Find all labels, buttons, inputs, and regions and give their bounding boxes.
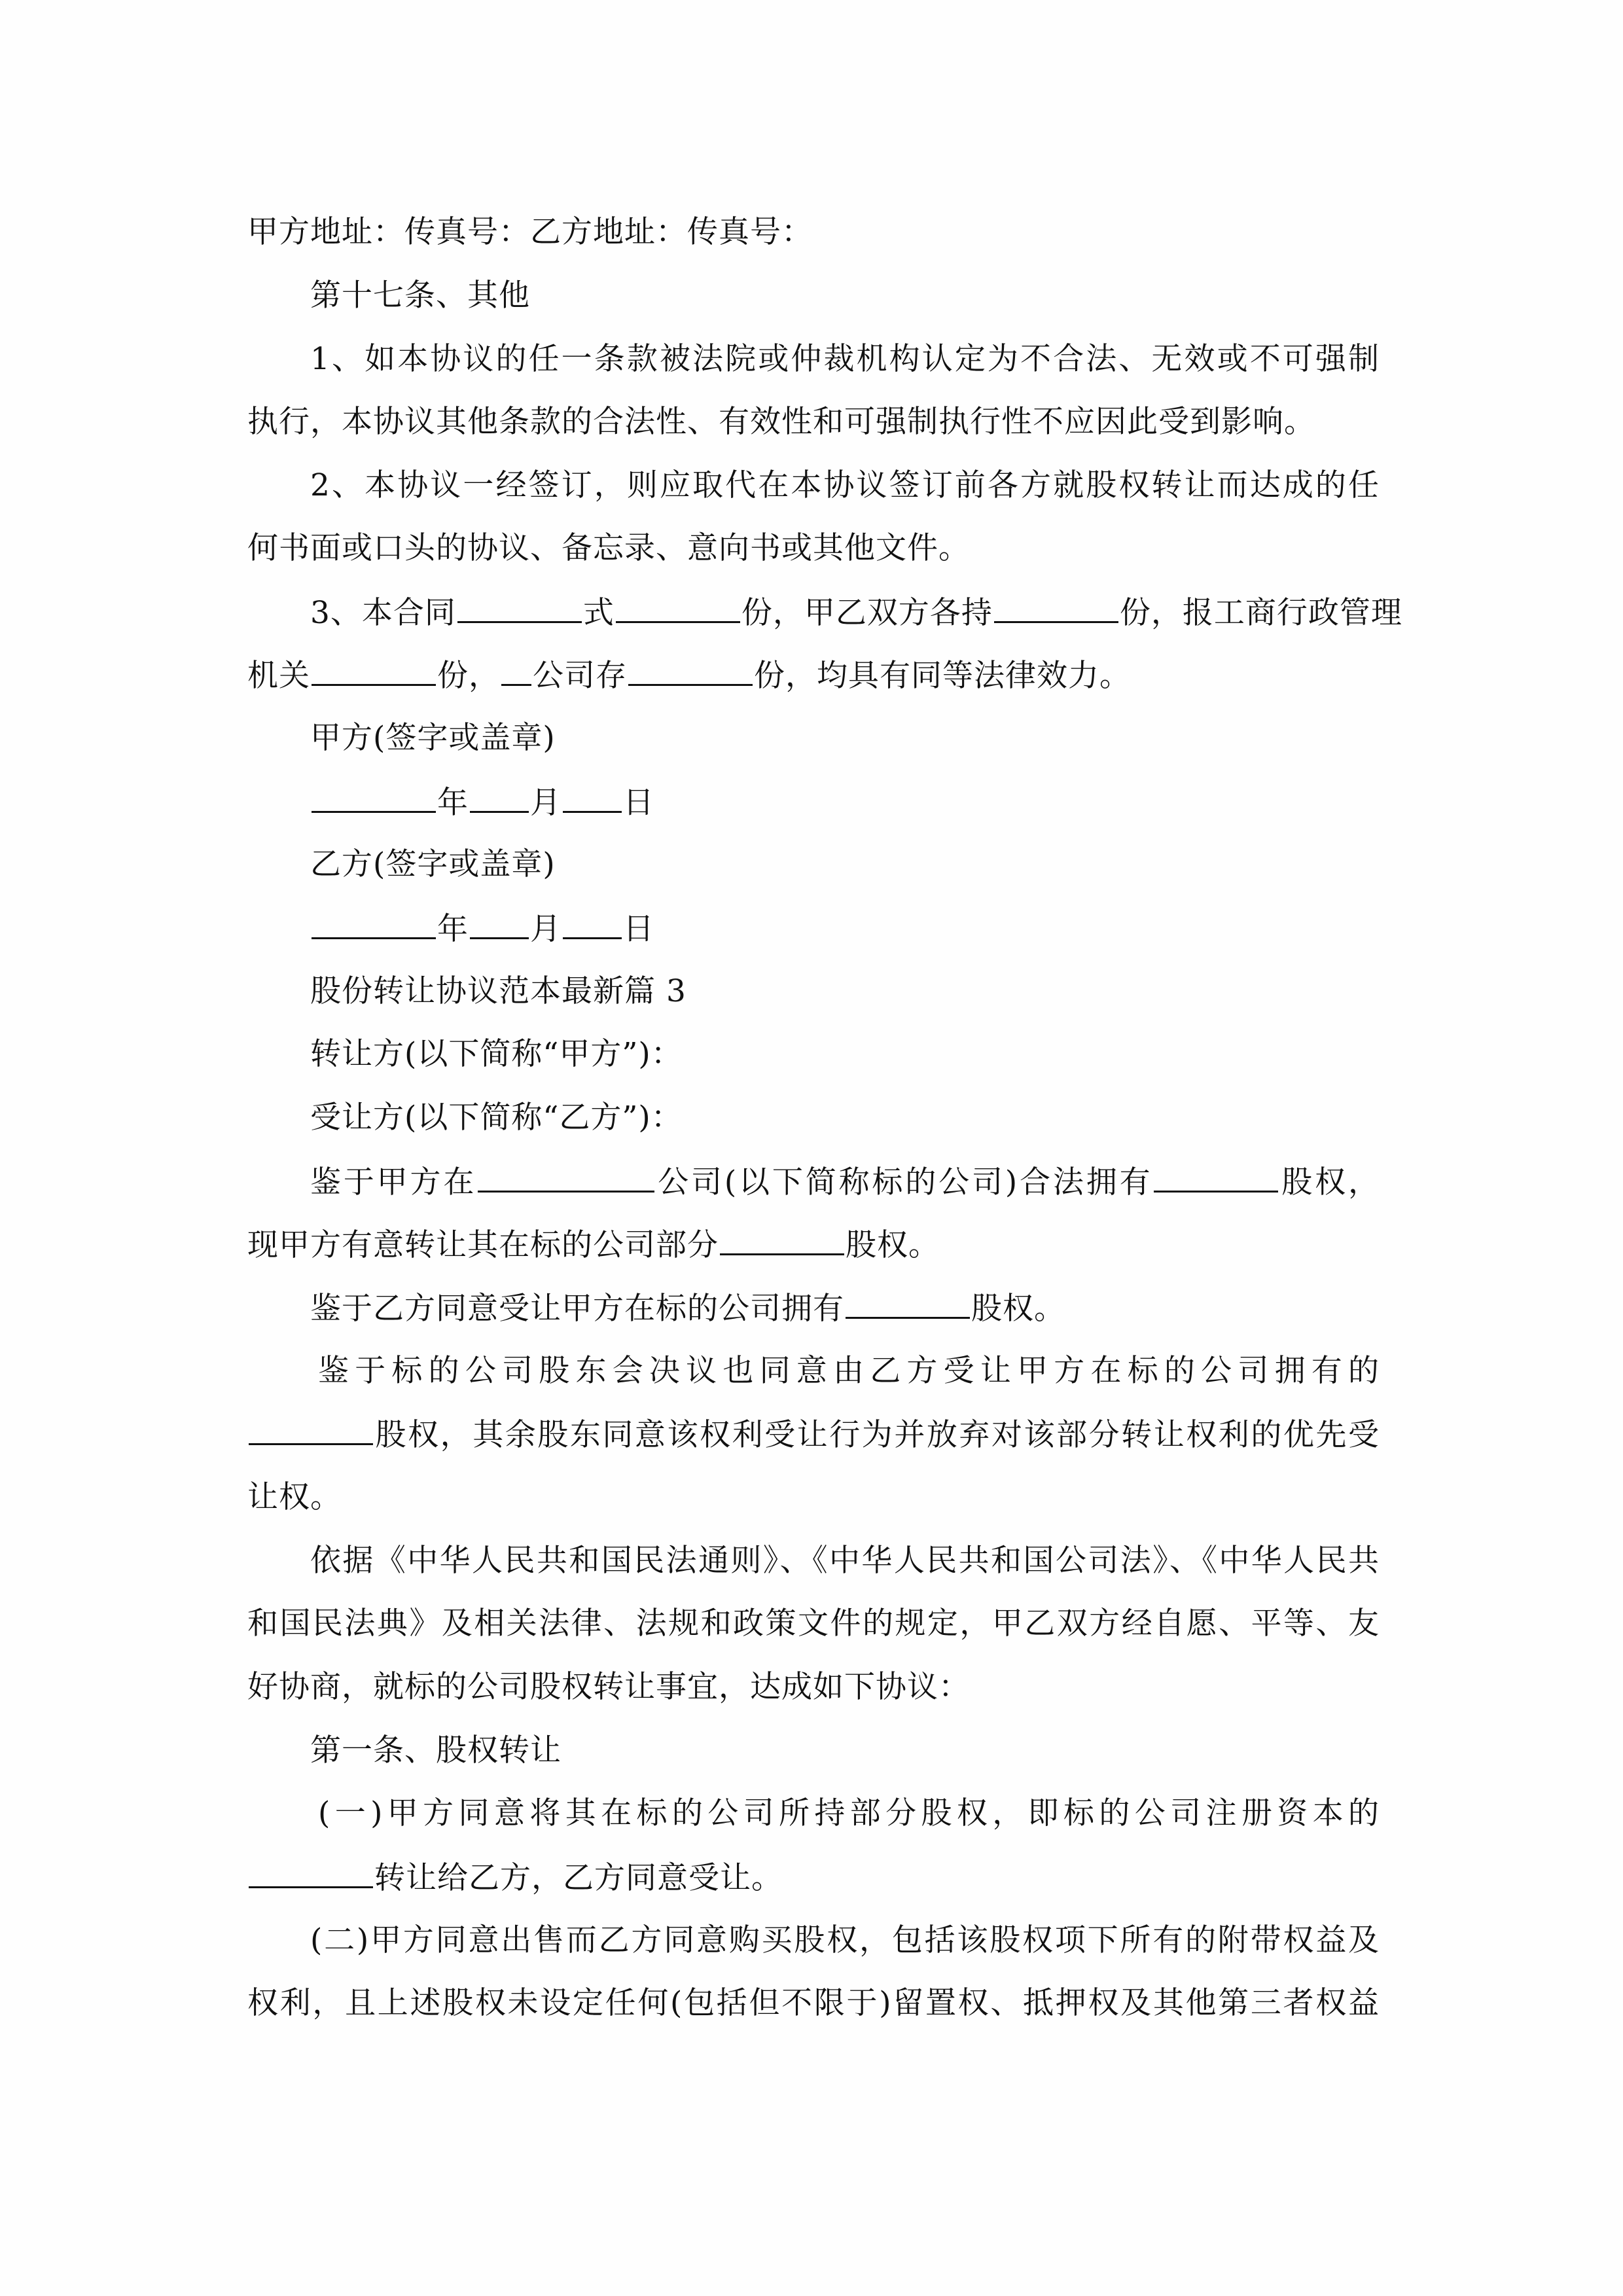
recital-seg: 公司(以下简称标的公司)合法拥有: [656, 1164, 1152, 1200]
article-1-item-2-line-1: (二)甲方同意出售而乙方同意购买股权，包括该股权项下所有的附带权益及: [310, 1921, 1380, 1960]
recital-1-line-2: 现甲方有意转让其在标的公司部分股权。: [247, 1225, 1380, 1264]
party-b-date-line: 年月日: [310, 908, 1380, 948]
company-name-blank[interactable]: [501, 655, 531, 686]
legal-basis-line-1: 依据《中华人民共和国民法通则》、《中华人民共和国公司法》、《中华人民共: [310, 1541, 1380, 1581]
party-a-year-blank[interactable]: [312, 782, 436, 813]
legal-basis-text-1: 依据《中华人民共和国民法通则》、《中华人民共和国公司法》、《中华人民共: [310, 1543, 1380, 1579]
clause-3-seg: 机关: [247, 658, 310, 694]
article-17-title: 第十七条、其他: [310, 278, 530, 314]
clause-3-line-2: 机关份，公司存份，均具有同等法律效力。: [247, 655, 1380, 694]
article-1-item-2-line-2: 权利，且上述股权未设定任何(包括但不限于)留置权、抵押权及其他第三者权益: [247, 1984, 1380, 2023]
recital-seg: 鉴于甲方在: [310, 1164, 476, 1200]
transferee-text: 受让方(以下简称“乙方”)：: [310, 1100, 683, 1136]
recital-3-text-2: 股权，其余股东同意该权利受让行为并放弃对该部分转让权利的优先受: [374, 1417, 1380, 1453]
party-b-signature-label: 乙方(签字或盖章): [310, 845, 1380, 884]
article-1-item-1-line-1: (一)甲方同意将其在标的公司所持部分股权，即标的公司注册资本的: [318, 1794, 1380, 1833]
item-1-text-1: (一)甲方同意将其在标的公司所持部分股权，即标的公司注册资本的: [318, 1795, 1380, 1831]
registered-capital-ratio-blank[interactable]: [249, 1857, 373, 1888]
transfer-equity-blank[interactable]: [720, 1225, 844, 1255]
owned-equity-blank[interactable]: [1154, 1162, 1278, 1193]
month-label: 月: [530, 785, 562, 821]
party-a-signature-label: 甲方(签字或盖章): [310, 719, 1380, 758]
day-label: 日: [623, 785, 654, 821]
copies-total-blank[interactable]: [457, 592, 582, 623]
clause-2-line-2: 何书面或口头的协议、备忘录、意向书或其他文件。: [247, 529, 1380, 568]
transferee-line: 受让方(以下简称“乙方”)：: [310, 1098, 1380, 1138]
item-2-text-1: (二)甲方同意出售而乙方同意购买股权，包括该股权项下所有的附带权益及: [310, 1922, 1380, 1958]
party-a-signature-text: 甲方(签字或盖章): [310, 720, 556, 756]
item-2-text-2: 权利，且上述股权未设定任何(包括但不限于)留置权、抵押权及其他第三者权益: [247, 1985, 1380, 2021]
clause-3-seg: 3、本合同: [310, 595, 456, 631]
recital-seg: 鉴于乙方同意受让甲方在标的公司拥有: [310, 1291, 844, 1327]
party-a-month-blank[interactable]: [470, 782, 529, 813]
party-a-day-blank[interactable]: [563, 782, 622, 813]
party-b-signature-text: 乙方(签字或盖章): [310, 846, 556, 882]
clause-3-seg: 公司存: [533, 658, 627, 694]
recital-1-line-1: 鉴于甲方在公司(以下简称标的公司)合法拥有股权，: [310, 1162, 1380, 1201]
party-b-year-blank[interactable]: [312, 908, 436, 939]
legal-basis-text-3: 好协商，就标的公司股权转让事宜，达成如下协议：: [247, 1669, 970, 1705]
copies-each-party-blank[interactable]: [994, 592, 1118, 623]
legal-basis-line-3: 好协商，就标的公司股权转让事宜，达成如下协议：: [247, 1668, 1380, 1707]
clause-3-seg: 份，: [437, 658, 500, 694]
clause-1-text-2: 执行，本协议其他条款的合法性、有效性和可强制执行性不应因此受到影响。: [247, 404, 1315, 440]
clause-2-text-2: 何书面或口头的协议、备忘录、意向书或其他文件。: [247, 530, 970, 566]
party-address-fax-line: 甲方地址：传真号：乙方地址：传真号：: [247, 213, 1380, 252]
clause-1-text-1: 1、如本协议的任一条款被法院或仲裁机构认定为不合法、无效或不可强制: [310, 341, 1380, 377]
copies-company-blank[interactable]: [628, 655, 753, 686]
party-a-date-line: 年月日: [310, 782, 1380, 821]
clause-2-text-1: 2、本协议一经签订，则应取代在本协议签订前各方就股权转让而达成的任: [310, 467, 1380, 503]
item-1-text-2: 转让给乙方，乙方同意受让。: [374, 1860, 783, 1896]
recital-3-line-2: 股权，其余股东同意该权利受让行为并放弃对该部分转让权利的优先受: [247, 1414, 1380, 1454]
section-title-text: 股份转让协议范本最新篇 3: [310, 973, 687, 1009]
clause-3-seg: 式: [583, 595, 615, 631]
recital-3-line-1: 鉴于标的公司股东会决议也同意由乙方受让甲方在标的公司拥有的: [318, 1352, 1380, 1391]
transferor-text: 转让方(以下简称“甲方”)：: [310, 1036, 683, 1072]
accepted-equity-blank[interactable]: [846, 1288, 970, 1319]
clause-1-line-2: 执行，本协议其他条款的合法性、有效性和可强制执行性不应因此受到影响。: [247, 403, 1380, 442]
target-company-blank[interactable]: [478, 1162, 654, 1193]
recital-seg: 股权，: [1279, 1164, 1380, 1200]
recital-seg: 股权。: [846, 1227, 940, 1263]
recital-3-text-1: 鉴于标的公司股东会决议也同意由乙方受让甲方在标的公司拥有的: [318, 1353, 1380, 1389]
legal-basis-line-2: 和国民法典》及相关法律、法规和政策文件的规定，甲乙双方经自愿、平等、友: [247, 1604, 1380, 1643]
recital-seg: 现甲方有意转让其在标的公司部分: [247, 1227, 719, 1263]
recital-3-text-3: 让权。: [247, 1479, 342, 1515]
party-b-day-blank[interactable]: [563, 908, 622, 939]
clause-3-seg: 份，甲乙双方各持: [741, 595, 993, 631]
party-address-fax-text: 甲方地址：传真号：乙方地址：传真号：: [247, 214, 813, 250]
article-1-title: 第一条、股权转让: [310, 1732, 562, 1768]
clause-1-line-1: 1、如本协议的任一条款被法院或仲裁机构认定为不合法、无效或不可强制: [310, 340, 1380, 379]
clause-2-line-1: 2、本协议一经签订，则应取代在本协议签订前各方就股权转让而达成的任: [310, 466, 1380, 505]
article-1-heading: 第一条、股权转让: [310, 1731, 1380, 1770]
article-1-item-1-line-2: 转让给乙方，乙方同意受让。: [247, 1857, 1380, 1897]
clause-3-line-1: 3、本合同式份，甲乙双方各持份，报工商行政管理: [310, 592, 1380, 632]
legal-basis-text-2: 和国民法典》及相关法律、法规和政策文件的规定，甲乙双方经自愿、平等、友: [247, 1605, 1380, 1641]
shareholder-equity-blank[interactable]: [249, 1414, 373, 1445]
year-label: 年: [437, 785, 469, 821]
recital-2-line: 鉴于乙方同意受让甲方在标的公司拥有股权。: [310, 1288, 1380, 1327]
month-label: 月: [530, 911, 562, 947]
recital-seg: 股权。: [971, 1291, 1065, 1327]
section-title: 股份转让协议范本最新篇 3: [310, 972, 1380, 1011]
document-page: 甲方地址：传真号：乙方地址：传真号： 第十七条、其他 1、如本协议的任一条款被法…: [0, 0, 1623, 2296]
copies-count-blank[interactable]: [616, 592, 740, 623]
copies-authority-blank[interactable]: [312, 655, 436, 686]
recital-3-line-3: 让权。: [247, 1478, 1380, 1517]
year-label: 年: [437, 911, 469, 947]
transferor-line: 转让方(以下简称“甲方”)：: [310, 1035, 1380, 1074]
clause-3-seg: 份，报工商行政管理: [1120, 595, 1402, 631]
article-17-heading: 第十七条、其他: [310, 276, 1380, 315]
clause-3-seg: 份，均具有同等法律效力。: [754, 658, 1131, 694]
day-label: 日: [623, 911, 654, 947]
party-b-month-blank[interactable]: [470, 908, 529, 939]
